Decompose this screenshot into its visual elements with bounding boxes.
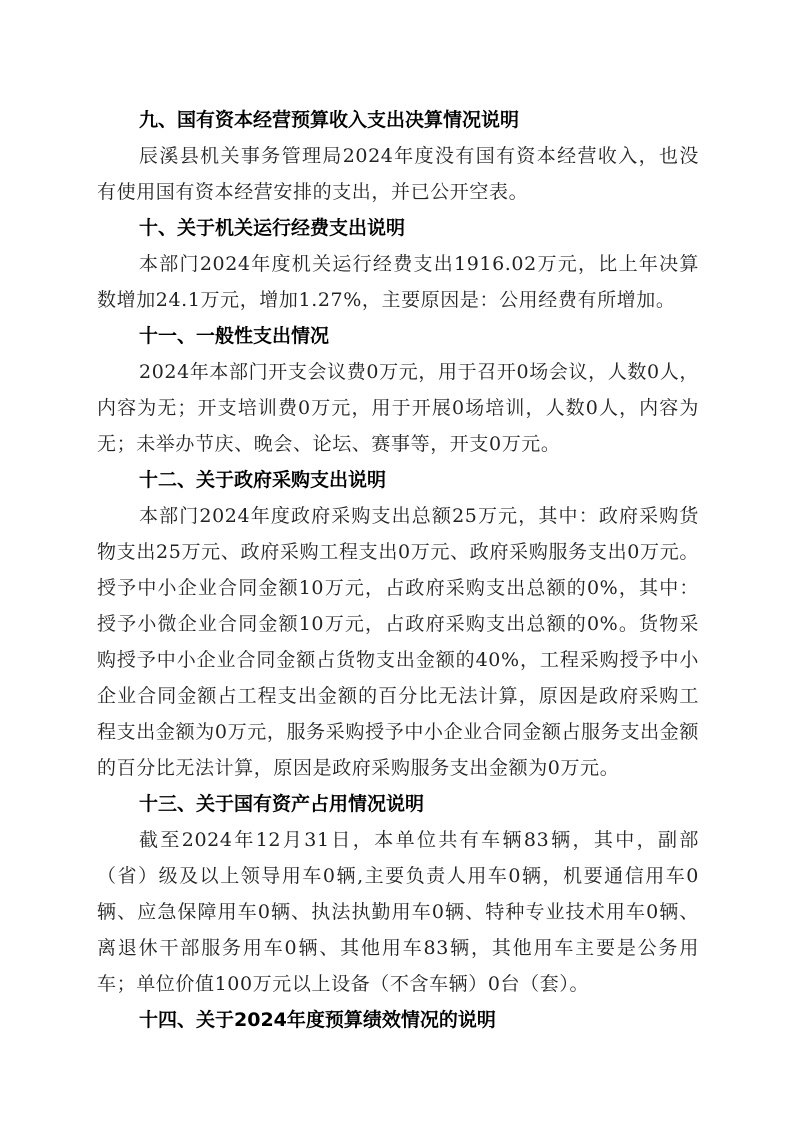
section-operating-expenses: 十、关于机关运行经费支出说明 本部门2024年度机关运行经费支出1916.02万… (97, 210, 699, 318)
section-general-expenses: 十一、一般性支出情况 2024年本部门开支会议费0万元，用于召开0场会议，人数0… (97, 318, 699, 462)
section-state-capital-budget: 九、国有资本经营预算收入支出决算情况说明 辰溪县机关事务管理局2024年度没有国… (97, 102, 699, 210)
section-state-assets: 十三、关于国有资产占用情况说明 截至2024年12月31日，本单位共有车辆83辆… (97, 786, 699, 1002)
section-heading: 十二、关于政府采购支出说明 (97, 462, 699, 498)
section-heading: 十四、关于2024年度预算绩效情况的说明 (97, 1002, 699, 1038)
document-page: 九、国有资本经营预算收入支出决算情况说明 辰溪县机关事务管理局2024年度没有国… (97, 102, 699, 1038)
section-paragraph: 本部门2024年度机关运行经费支出1916.02万元，比上年决算数增加24.1万… (97, 246, 699, 318)
section-heading: 九、国有资本经营预算收入支出决算情况说明 (97, 102, 699, 138)
section-paragraph: 本部门2024年度政府采购支出总额25万元，其中：政府采购货物支出25万元、政府… (97, 498, 699, 786)
section-heading: 十三、关于国有资产占用情况说明 (97, 786, 699, 822)
section-government-procurement: 十二、关于政府采购支出说明 本部门2024年度政府采购支出总额25万元，其中：政… (97, 462, 699, 786)
section-paragraph: 辰溪县机关事务管理局2024年度没有国有资本经营收入，也没有使用国有资本经营安排… (97, 138, 699, 210)
section-heading: 十一、一般性支出情况 (97, 318, 699, 354)
section-paragraph: 截至2024年12月31日，本单位共有车辆83辆，其中，副部（省）级及以上领导用… (97, 822, 699, 1002)
section-heading: 十、关于机关运行经费支出说明 (97, 210, 699, 246)
section-performance: 十四、关于2024年度预算绩效情况的说明 (97, 1002, 699, 1038)
section-paragraph: 2024年本部门开支会议费0万元，用于召开0场会议，人数0人，内容为无；开支培训… (97, 354, 699, 462)
